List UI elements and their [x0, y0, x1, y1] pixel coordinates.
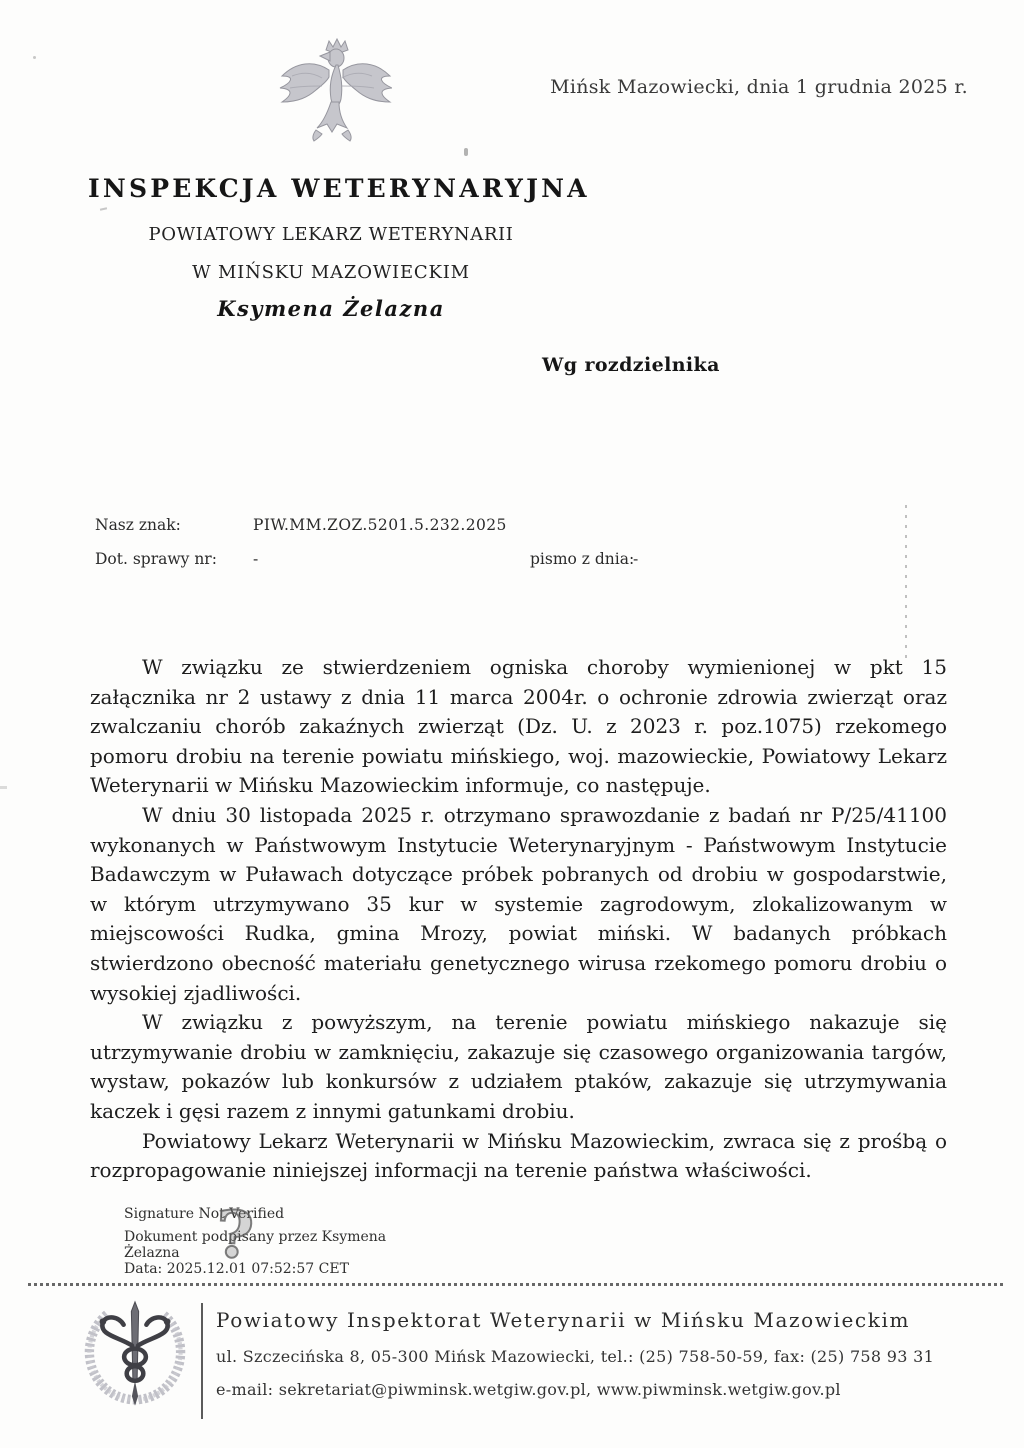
case-number-label: Dot. sprawy nr:	[95, 550, 217, 568]
case-number-value: -	[253, 550, 258, 568]
paragraph-4: Powiatowy Lekarz Weterynarii w Mińsku Ma…	[90, 1127, 947, 1186]
footer-email-web: e-mail: sekretariat@piwminsk.wetgiw.gov.…	[216, 1380, 841, 1399]
letter-date-value: -	[633, 550, 638, 568]
signatory-name: Ksymena Żelazna	[88, 296, 574, 321]
footer-address: ul. Szczecińska 8, 05-300 Mińsk Mazowiec…	[216, 1347, 934, 1366]
letterhead: INSPEKCJA WETERYNARYJNA POWIATOWY LEKARZ…	[88, 174, 574, 334]
office-line-2: W MIŃSKU MAZOWIECKIM	[88, 262, 574, 283]
question-mark-stamp-icon: ?	[214, 1203, 255, 1269]
our-ref-value: PIW.MM.ZOZ.5201.5.232.2025	[253, 516, 507, 534]
scan-speck	[0, 786, 7, 789]
polish-eagle-emblem-icon	[272, 36, 392, 162]
digital-signature-stamp: Signature Not Verified Dokument podpisan…	[124, 1206, 424, 1286]
our-ref-label: Nasz znak:	[95, 516, 181, 534]
paragraph-1: W związku ze stwierdzeniem ogniska choro…	[90, 653, 947, 801]
signature-status: Signature Not Verified	[124, 1206, 284, 1222]
scan-dotted-line-artifact	[905, 505, 907, 663]
letter-date-label: pismo z dnia:	[530, 550, 634, 568]
office-line-1: POWIATOWY LEKARZ WETERYNARII	[88, 224, 574, 245]
veterinary-caduceus-wreath-icon	[78, 1297, 192, 1423]
inspection-title: INSPEKCJA WETERYNARYJNA	[88, 174, 574, 203]
letter-body: W związku ze stwierdzeniem ogniska choro…	[90, 653, 947, 1186]
scanned-letter-page: Mińsk Mazowiecki, dnia 1 grudnia 2025 r.…	[0, 0, 1024, 1448]
scan-speck	[464, 148, 468, 156]
signature-signer-line2: Żelazna	[124, 1245, 180, 1261]
paragraph-3: W związku z powyższym, na terenie powiat…	[90, 1008, 947, 1126]
footer-org-name: Powiatowy Inspektorat Weterynarii w Mińs…	[216, 1308, 910, 1332]
paragraph-2: W dniu 30 listopada 2025 r. otrzymano sp…	[90, 801, 947, 1008]
scan-speck	[33, 56, 36, 59]
footer-separator-line	[28, 1283, 1006, 1286]
letter-date-place: Mińsk Mazowiecki, dnia 1 grudnia 2025 r.	[550, 76, 968, 98]
footer-divider	[201, 1303, 203, 1419]
signature-signer-line1: Dokument podpisany przez Ksymena	[124, 1229, 386, 1245]
distribution-note: Wg rozdzielnika	[542, 354, 720, 376]
